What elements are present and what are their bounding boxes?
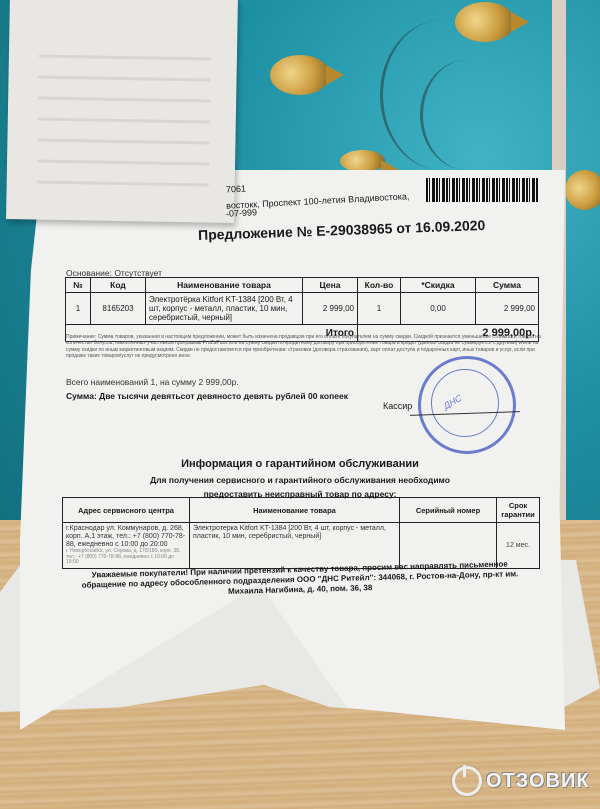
barcode — [426, 178, 538, 202]
service-address-extra: г. Новороссийск, ул. Серова, д. 178/180,… — [66, 549, 186, 566]
column-header: Сумма — [476, 278, 539, 293]
cashier-label: Кассир — [383, 401, 412, 411]
otzovik-logo-icon — [452, 766, 482, 796]
column-header: Наименование товара — [146, 278, 303, 293]
cell-price: 2 999,00 — [303, 293, 358, 325]
table-header-row: Адрес сервисного центра Наименование тов… — [63, 498, 540, 523]
column-header: Адрес сервисного центра — [63, 498, 190, 523]
cell-service-address: г.Краснодар ул. Коммунаров, д. 268, корп… — [63, 523, 190, 569]
column-header: Серийный номер — [400, 498, 497, 523]
service-address: г.Краснодар ул. Коммунаров, д. 268, корп… — [66, 525, 186, 549]
cell-qty: 1 — [358, 293, 401, 325]
store-address-line: 7061 — [226, 183, 247, 194]
items-table: № Код Наименование товара Цена Кол-во *С… — [65, 277, 539, 342]
company-stamp: ДНС — [418, 356, 516, 454]
watermark: ОТЗОВИК — [452, 766, 590, 796]
column-header: Наименование товара — [190, 498, 400, 523]
items-count-line: Всего наименований 1, на сумму 2 999,00р… — [66, 377, 239, 387]
store-address-line: -07-999 — [226, 207, 258, 219]
warranty-table: Адрес сервисного центра Наименование тов… — [62, 497, 540, 569]
cell-num: 1 — [66, 293, 91, 325]
watermark-text: ОТЗОВИК — [486, 770, 590, 793]
cell-name: Электротёрка Kitfort KT-1384 [200 Вт, 4 … — [146, 293, 303, 325]
column-header: *Скидка — [401, 278, 476, 293]
sum-in-words: Сумма: Две тысячи девятьсот девяносто де… — [66, 391, 348, 401]
cell-code: 8165203 — [91, 293, 146, 325]
warranty-subtitle: Для получения сервисного и гарантийного … — [0, 475, 600, 485]
column-header: Цена — [303, 278, 358, 293]
stamp-signature: ДНС — [442, 393, 464, 411]
column-header: Срок гарантии — [497, 498, 540, 523]
offer-title: Предложение № E-29038965 от 16.09.2020 — [198, 217, 486, 243]
warranty-title: Информация о гарантийном обслуживании — [0, 458, 600, 470]
column-header: Кол-во — [358, 278, 401, 293]
table-header-row: № Код Наименование товара Цена Кол-во *С… — [66, 278, 539, 293]
column-header: № — [66, 278, 91, 293]
cell-product-name: Электротерка Kitfort KT-1384 [200 Вт, 4 … — [190, 523, 400, 569]
cell-discount: 0,00 — [401, 293, 476, 325]
table-row: 1 8165203 Электротёрка Kitfort KT-1384 [… — [66, 293, 539, 325]
cell-sum: 2 999,00 — [476, 293, 539, 325]
document: 7061 востокк, Проспект 100-летия Владиво… — [0, 0, 600, 809]
column-header: Код — [91, 278, 146, 293]
